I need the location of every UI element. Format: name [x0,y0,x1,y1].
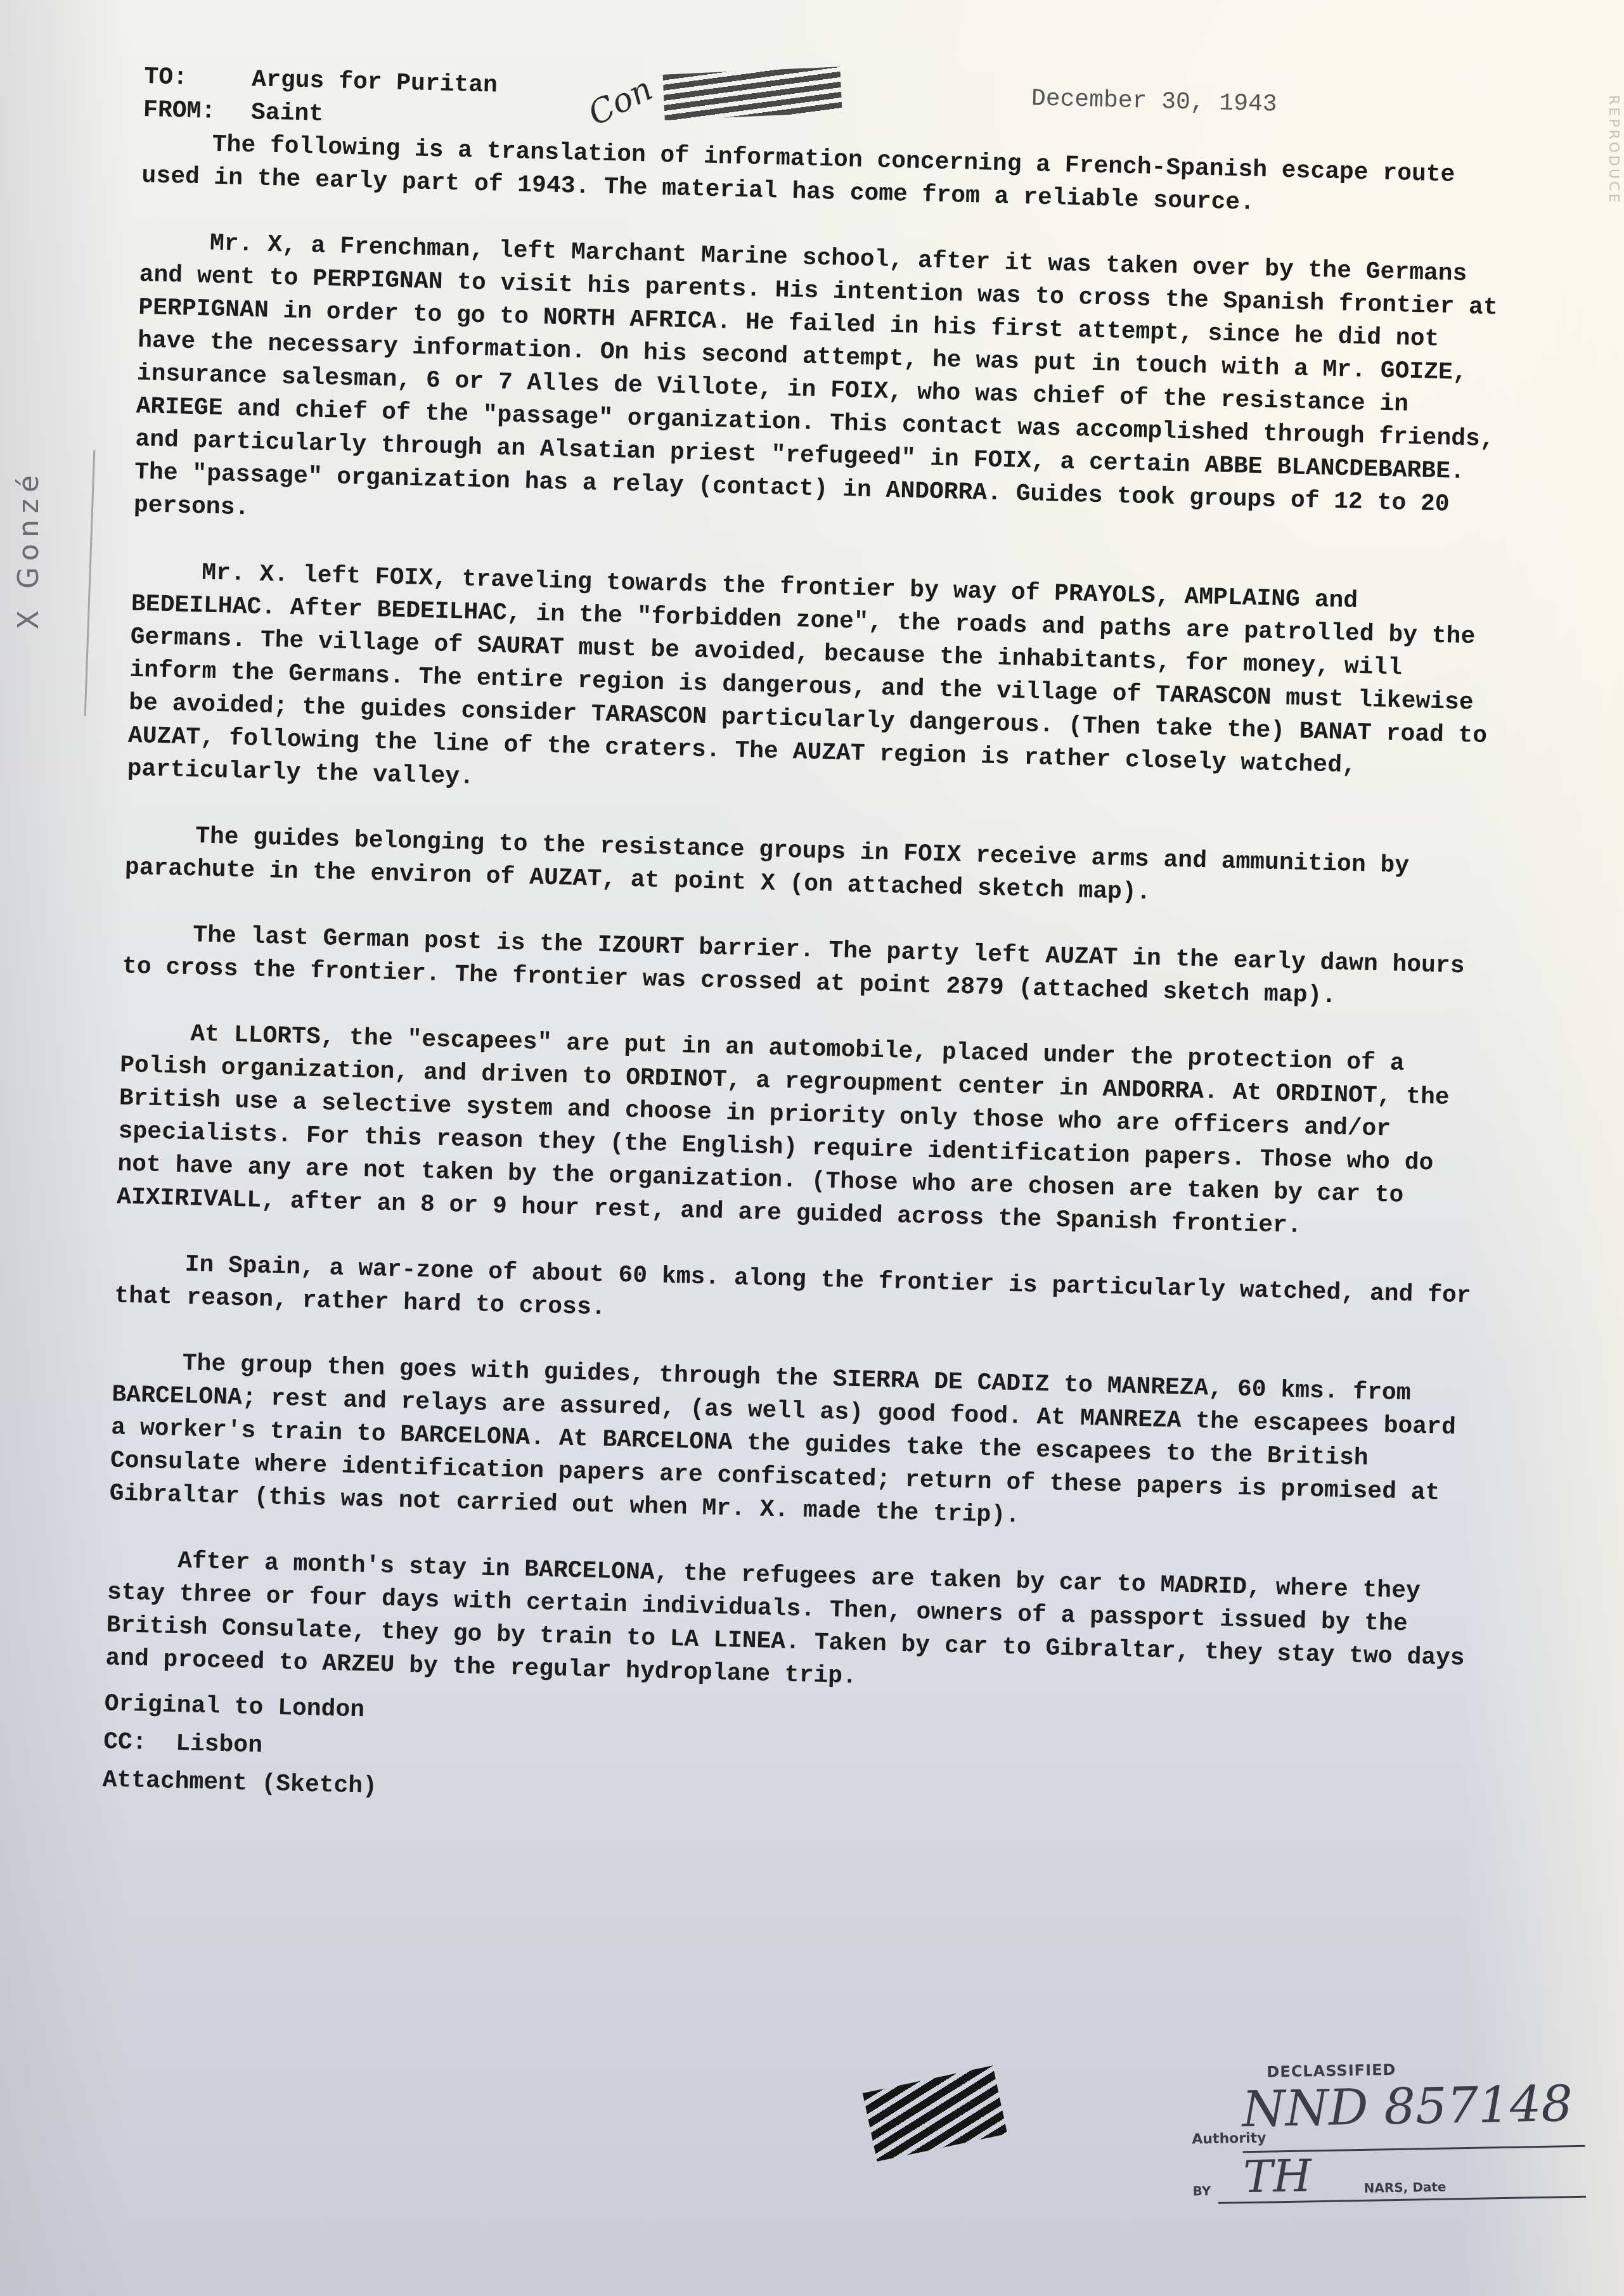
by-initials: TH [1243,2150,1312,2203]
paragraph-spain-war-zone: In Spain, a war-zone of about 60 kms. al… [114,1247,1478,1345]
paragraph-guides-arms: The guides belonging to the resistance g… [124,819,1488,918]
paragraph-manreza-barcelona: The group then goes with guides, through… [109,1345,1476,1543]
from-label: FROM: [143,94,251,129]
declassified-title: DECLASSIFIED [1266,2061,1396,2081]
nars-date-label: NARS, Date [1363,2179,1446,2196]
paragraph-llorts-andorra: At LLORTS, the "escapees" are put in an … [117,1017,1484,1247]
distribution-footer: Original to London CC: Lisbon Attachment… [102,1685,1467,1832]
paragraph-mr-x-background: Mr. X, a Frenchman, left Marchant Marine… [133,226,1503,555]
authority-value: NND 857148 [1242,2075,1573,2138]
authority-label: Authority [1192,2131,1266,2148]
document-page: X Gonzé REPRODUCE TO: Argus for Puritan … [0,0,1624,2296]
by-label: BY [1193,2183,1211,2198]
to-label: TO: [144,61,252,96]
paragraph-madrid-gibraltar: After a month's stay in BARCELONA, the r… [105,1543,1471,1708]
memo-body: TO: Argus for Puritan December 30, 1943 … [102,61,1507,1833]
edge-reproduce-stamp: REPRODUCE [1606,95,1621,205]
paragraph-route-from-foix: Mr. X. left FOIX, traveling towards the … [127,555,1495,819]
declassification-stamp: DECLASSIFIED NND 857148 Authority TH BY … [1192,2053,1597,2199]
paragraph-izourt-barrier: The last German post is the IZOURT barri… [122,918,1486,1017]
signature-redaction-icon [863,2065,1007,2161]
memo-date: December 30, 1943 [1031,82,1277,121]
margin-handwritten-note: X Gonzé [13,469,89,629]
